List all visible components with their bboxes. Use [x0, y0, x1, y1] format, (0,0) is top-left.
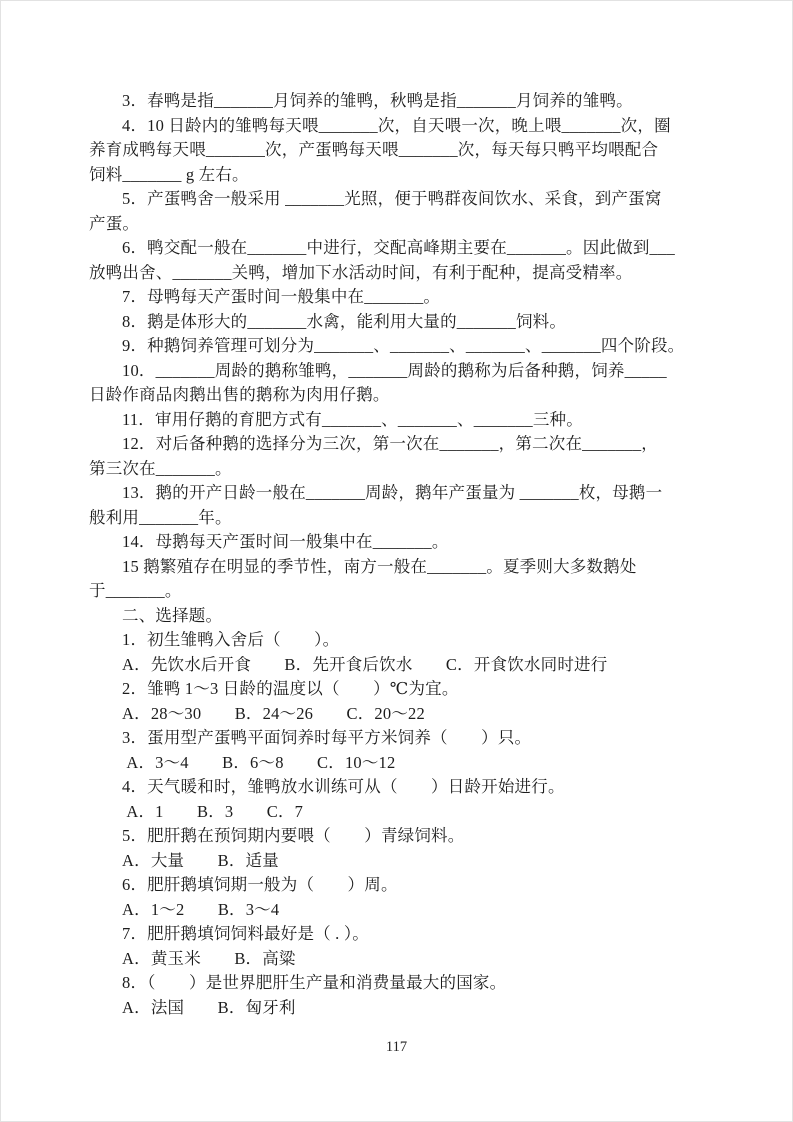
text-line: 4．天气暖和时，雏鸭放水训练可从（ ）日龄开始进行。: [89, 775, 709, 800]
text-line: 2．雏鸭 1～3 日龄的温度以（ ）℃为宜。: [89, 677, 709, 702]
page-number: 117: [1, 1037, 792, 1057]
text-line: 12．对后备种鹅的选择分为三次，第一次在_______，第二次在_______，: [89, 432, 709, 457]
text-line: 放鸭出舍、_______关鸭，增加下水活动时间，有利于配种，提高受精率。: [89, 261, 709, 286]
text-line: A．大量 B．适量: [89, 849, 709, 874]
text-line: A．1～2 B．3～4: [89, 898, 709, 923]
text-line: 10．_______周龄的鹅称雏鸭，_______周龄的鹅称为后备种鹅，饲养__…: [89, 359, 709, 384]
text-line: 11．审用仔鹅的育肥方式有_______、_______、_______三种。: [89, 408, 709, 433]
text-line: A．1 B．3 C．7: [89, 800, 709, 825]
text-line: 9．种鹅饲养管理可划分为_______、_______、_______、____…: [89, 334, 709, 359]
text-line: 3．春鸭是指_______月饲养的雏鸭，秋鸭是指_______月饲养的雏鸭。: [89, 89, 709, 114]
document-page: 3．春鸭是指_______月饲养的雏鸭，秋鸭是指_______月饲养的雏鸭。4．…: [0, 0, 793, 1122]
text-line: 13．鹅的开产日龄一般在_______周龄，鹅年产蛋量为 _______枚，母鹅…: [89, 481, 709, 506]
text-line: 日龄作商品肉鹅出售的鹅称为肉用仔鹅。: [89, 383, 709, 408]
text-line: 3．蛋用型产蛋鸭平面饲养时每平方米饲养（ ）只。: [89, 726, 709, 751]
text-line: A．黄玉米 B．高粱: [89, 947, 709, 972]
text-line: 产蛋。: [89, 212, 709, 237]
text-line: 于_______。: [89, 579, 709, 604]
text-line: 7．母鸭每天产蛋时间一般集中在_______。: [89, 285, 709, 310]
text-line: 二、选择题。: [89, 604, 709, 629]
text-line: 14．母鹅每天产蛋时间一般集中在_______。: [89, 530, 709, 555]
text-line: 饲料_______ g 左右。: [89, 163, 709, 188]
text-line: 6．鸭交配一般在_______中进行，交配高峰期主要在_______。因此做到_…: [89, 236, 709, 261]
text-line: 15 鹅繁殖存在明显的季节性，南方一般在_______。夏季则大多数鹅处: [89, 555, 709, 580]
text-line: 第三次在_______。: [89, 457, 709, 482]
text-line: A．28～30 B．24～26 C．20～22: [89, 702, 709, 727]
document-lines: 3．春鸭是指_______月饲养的雏鸭，秋鸭是指_______月饲养的雏鸭。4．…: [89, 89, 709, 1020]
text-line: 养育成鸭每天喂_______次，产蛋鸭每天喂_______次，每天每只鸭平均喂配…: [89, 138, 709, 163]
text-line: 8．鹅是体形大的_______水禽，能利用大量的_______饲料。: [89, 310, 709, 335]
text-line: 1．初生雏鸭入舍后（ ）。: [89, 628, 709, 653]
text-line: 4．10 日龄内的雏鸭每天喂_______次，自天喂一次，晚上喂_______次…: [89, 114, 709, 139]
text-line: 7．肥肝鹅填饲饲料最好是（ . ）。: [89, 922, 709, 947]
text-line: A．法国 B．匈牙利: [89, 996, 709, 1021]
text-line: 6．肥肝鹅填饲期一般为（ ）周。: [89, 873, 709, 898]
text-line: 5．肥肝鹅在预饲期内要喂（ ）青绿饲料。: [89, 824, 709, 849]
text-line: A．先饮水后开食 B．先开食后饮水 C．开食饮水同时进行: [89, 653, 709, 678]
text-line: A．3～4 B．6～8 C．10～12: [89, 751, 709, 776]
text-line: 5．产蛋鸭舍一般采用 _______光照，便于鸭群夜间饮水、采食，到产蛋窝: [89, 187, 709, 212]
text-line: 8．（ ）是世界肥肝生产量和消费量最大的国家。: [89, 971, 709, 996]
text-line: 般利用_______年。: [89, 506, 709, 531]
